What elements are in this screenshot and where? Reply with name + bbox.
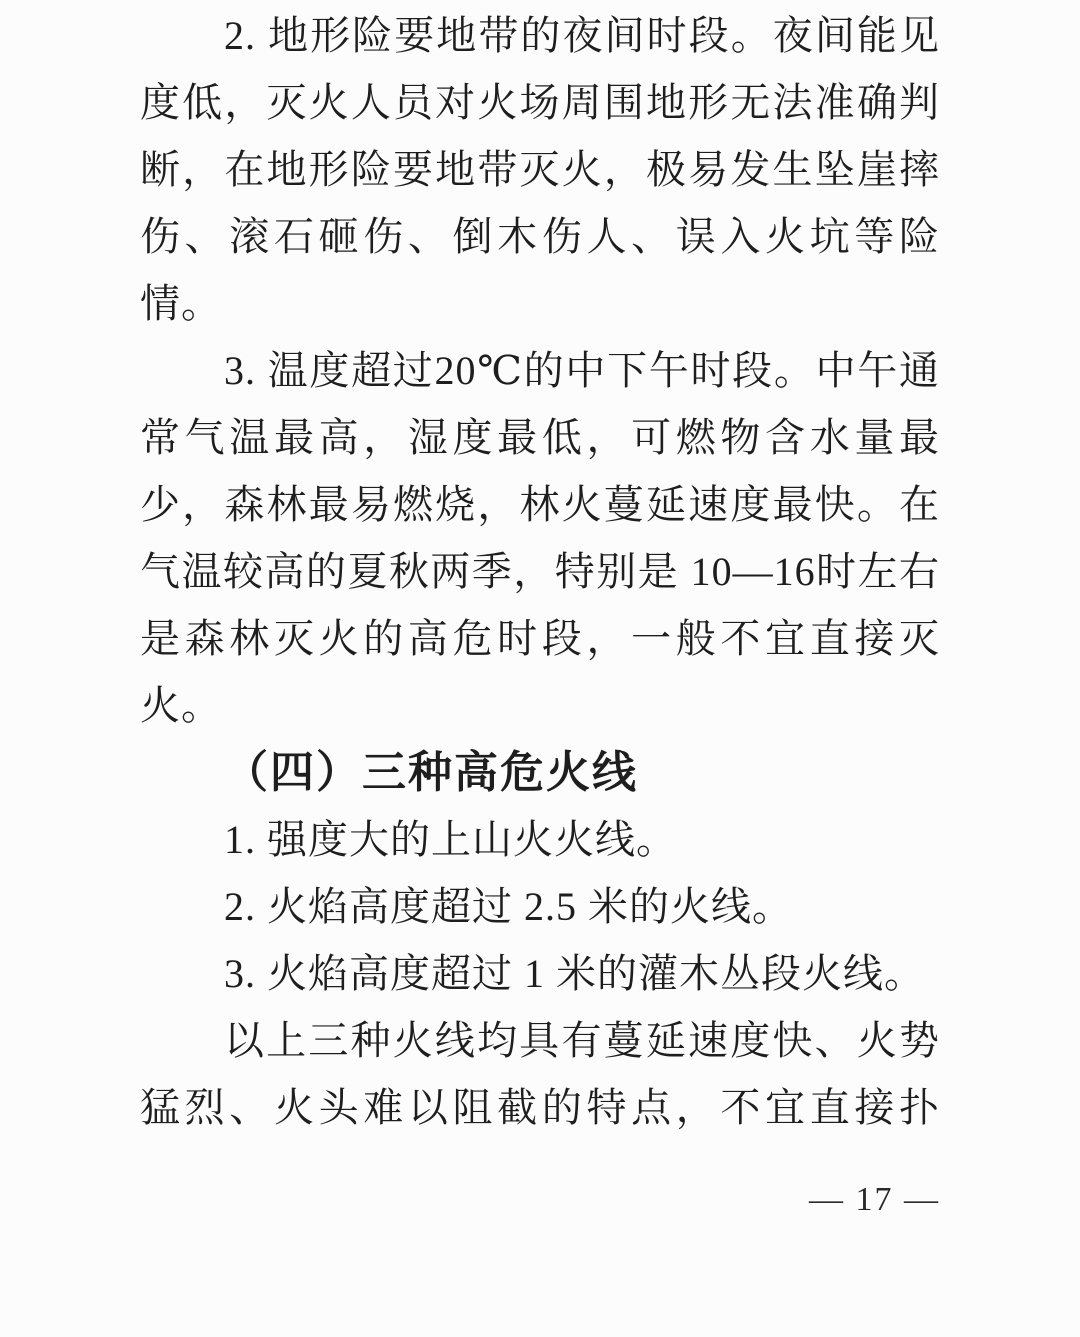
text-line: 是森林灭火的高危时段，一般不宜直接灭 [140,605,940,672]
page-number: — 17 — [809,1178,940,1222]
page-body-text: 2. 地形险要地带的夜间时段。夜间能见 度低，灭火人员对火场周围地形无法准确判 … [140,2,940,1141]
text-line: 常气温最高，湿度最低，可燃物含水量最 [140,404,940,471]
text-line: 1. 强度大的上山火火线。 [140,806,940,873]
text-line: 少，森林最易燃烧，林火蔓延速度最快。在 [140,471,940,538]
text-line: 火。 [140,672,940,739]
text-line: 断，在地形险要地带灭火，极易发生坠崖摔 [140,136,940,203]
section-heading: （四）三种高危火线 [140,739,940,806]
text-line: 气温较高的夏秋两季，特别是 10—16时左右 [140,538,940,605]
text-line: 3. 温度超过20℃的中下午时段。中午通 [140,337,940,404]
text-line: 2. 地形险要地带的夜间时段。夜间能见 [140,2,940,69]
document-page: 2. 地形险要地带的夜间时段。夜间能见 度低，灭火人员对火场周围地形无法准确判 … [0,0,1080,1337]
text-line: 以上三种火线均具有蔓延速度快、火势 [140,1007,940,1074]
text-line: 情。 [140,270,940,337]
text-line: 3. 火焰高度超过 1 米的灌木丛段火线。 [140,940,940,1007]
text-line: 度低，灭火人员对火场周围地形无法准确判 [140,69,940,136]
text-line: 2. 火焰高度超过 2.5 米的火线。 [140,873,940,940]
text-line: 猛烈、火头难以阻截的特点，不宜直接扑 [140,1074,940,1141]
text-line: 伤、滚石砸伤、倒木伤人、误入火坑等险 [140,203,940,270]
